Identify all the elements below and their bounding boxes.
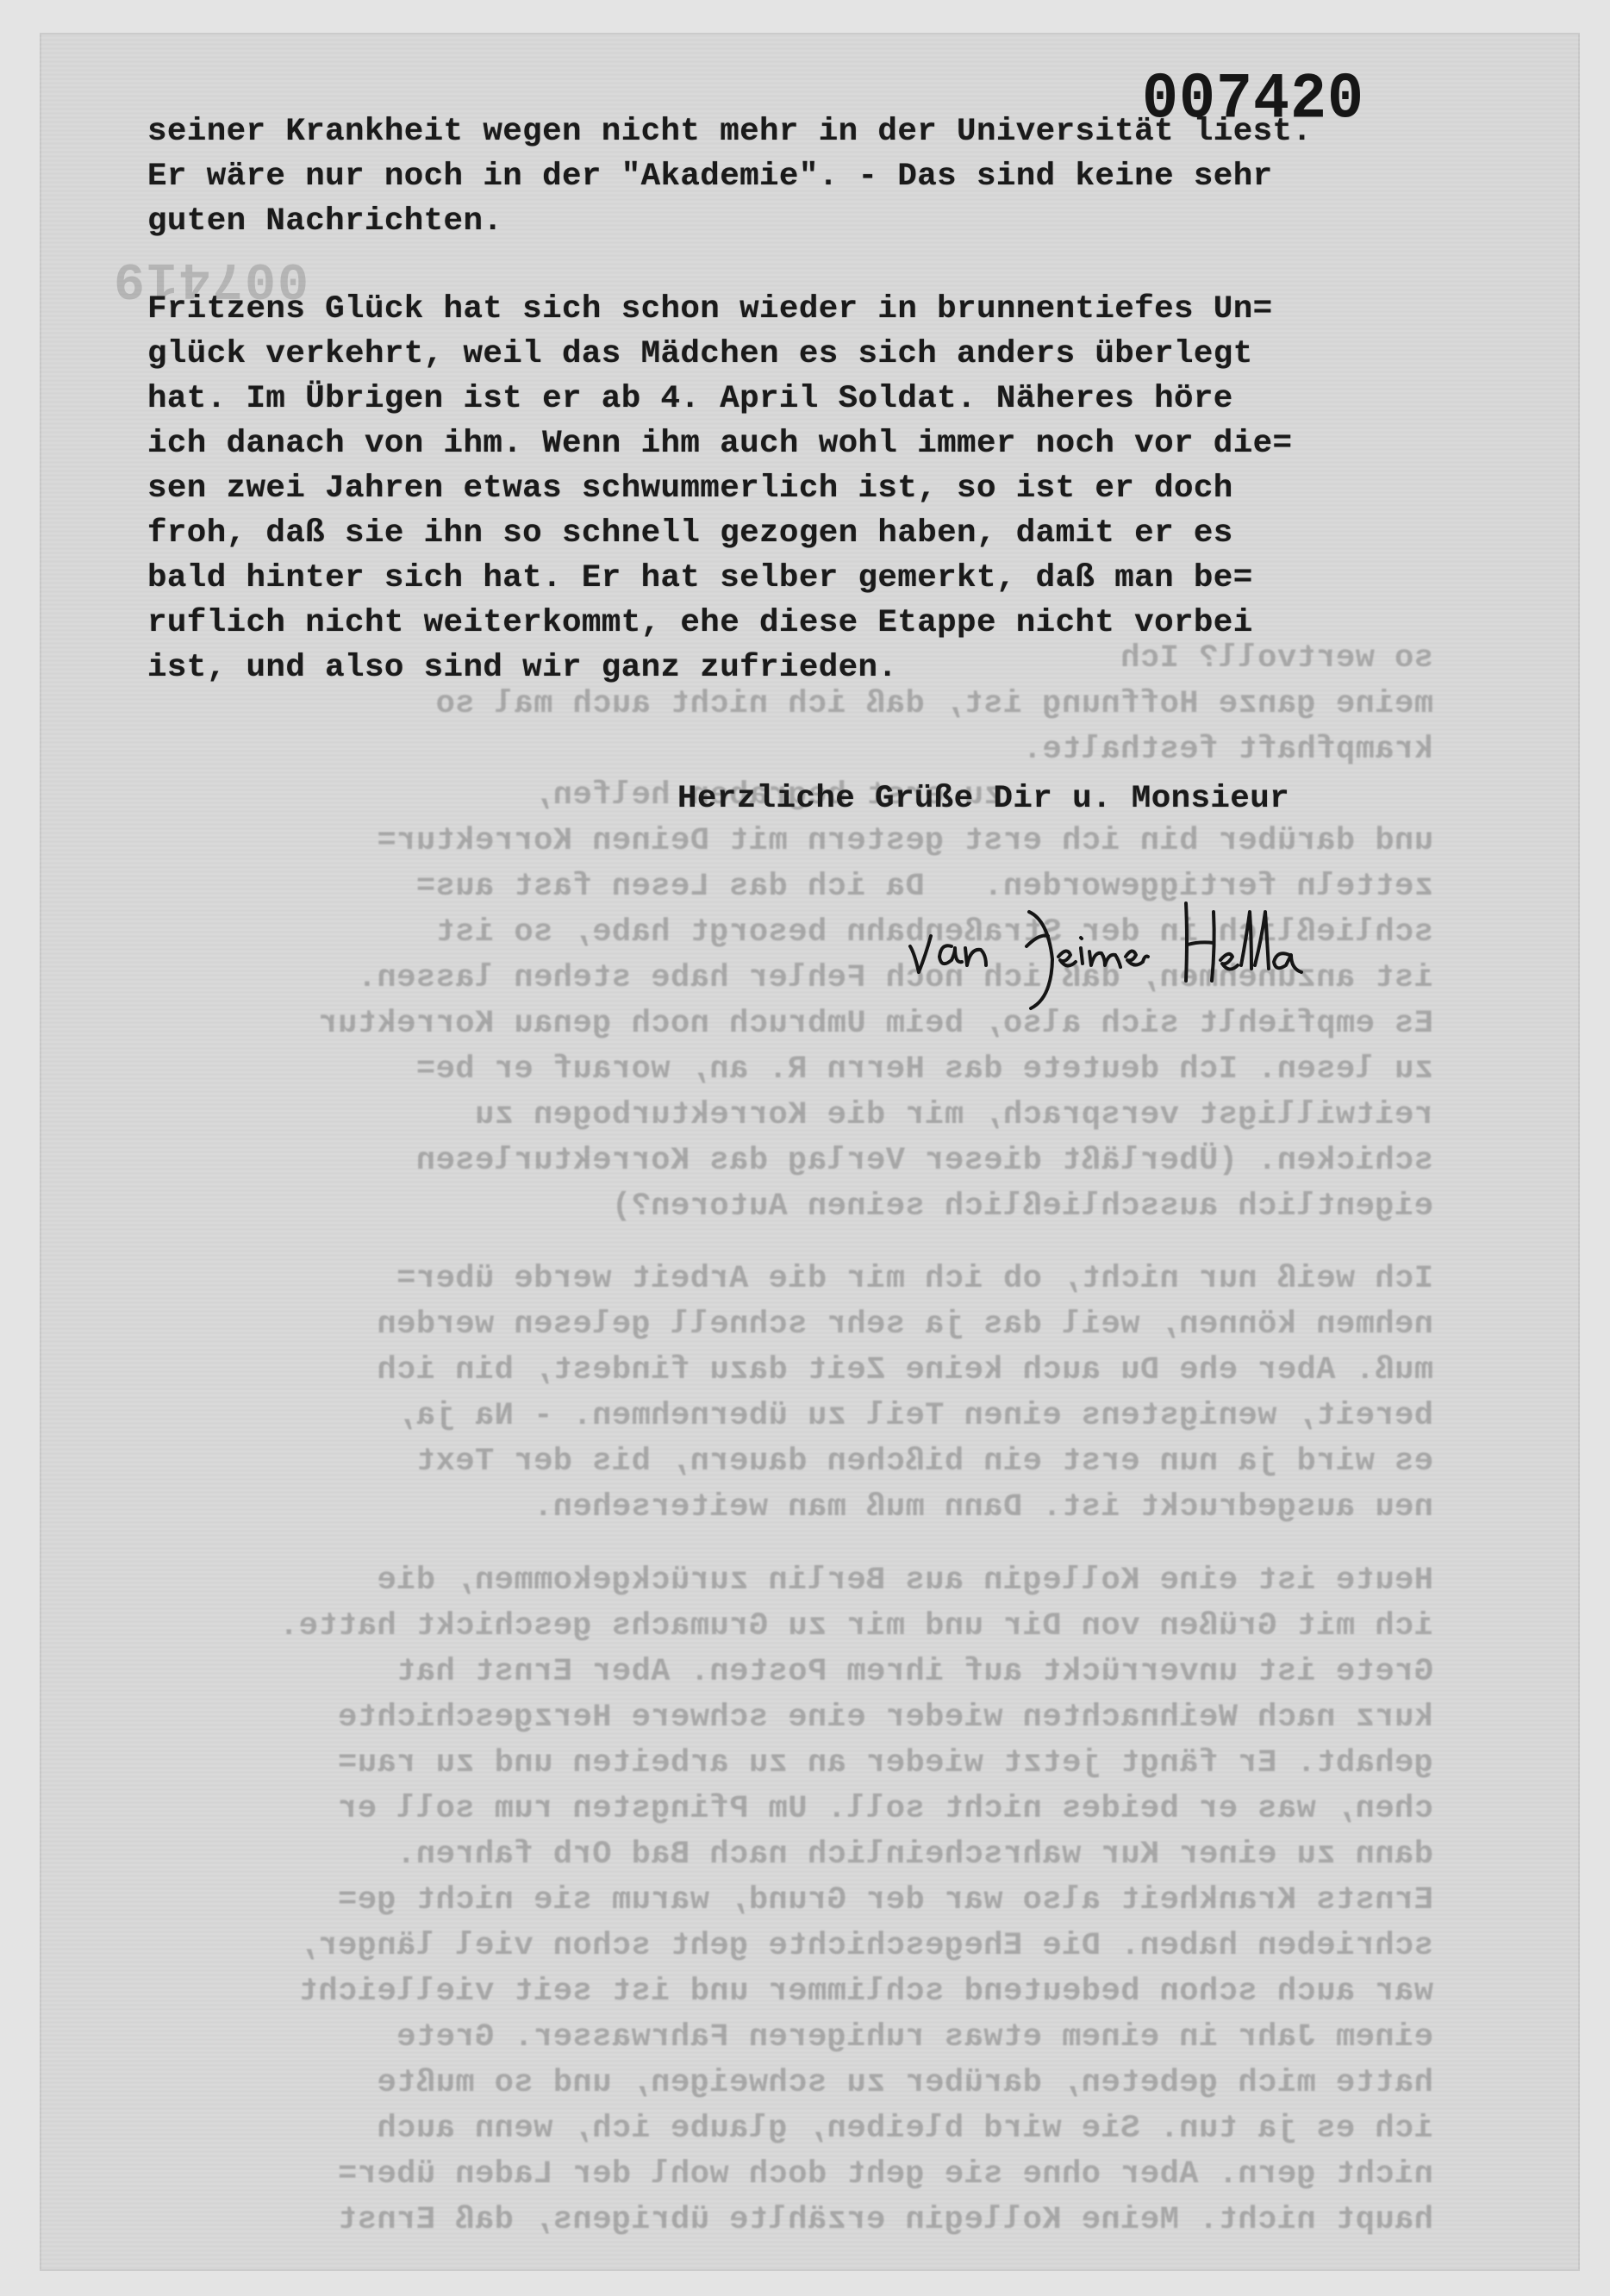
ghost-line: Grete ist unverrückt auf ihrem Posten. A…: [396, 1654, 1433, 1690]
ghost-line: hatte mich gebeten, darüber zu schweigen…: [377, 2065, 1433, 2101]
ghost-line: kurz nach Weihnachten wieder eine schwer…: [338, 1700, 1433, 1736]
ghost-line: haupt nicht. Meine Kollegin erzählte übr…: [338, 2202, 1433, 2238]
text-line: Er wäre nur noch in der "Akademie". - Da…: [147, 159, 1273, 195]
ghost-line: schrieben haben. Die Ehegeschichte geht …: [298, 1928, 1433, 1964]
ghost-line: meine ganze Hoffnung ist, daß ich nicht …: [435, 686, 1433, 722]
closing-greeting: Herzliche Grüße Dir u. Monsieur: [677, 781, 1289, 817]
ghost-line: einem Jahr in einem etwas ruhigeren Fahr…: [396, 2019, 1433, 2056]
ghost-line: chen, was er beides nicht soll. Um Pfing…: [338, 1791, 1433, 1827]
ghost-line: war auch schon bedeutend schlimmer und i…: [298, 1974, 1433, 2010]
ghost-line: Ernsts Krankheit also war der Grund, war…: [338, 1882, 1433, 1919]
ghost-line: neu ausgedruckt ist. Dann muß man weiter…: [534, 1489, 1433, 1525]
ghost-line: Heute ist eine Kollegin aus Berlin zurüc…: [377, 1563, 1433, 1599]
text-line: ruflich nicht weiterkommt, ehe diese Eta…: [147, 605, 1253, 641]
ghost-line: und darüber bin ich erst gestern mit Dei…: [377, 823, 1433, 859]
text-line: seiner Krankheit wegen nicht mehr in der…: [147, 114, 1312, 150]
handwritten-signature: von Deiner Hella: [876, 886, 1324, 1015]
ghost-line: reitwilligst versprach, mir die Korrektu…: [475, 1097, 1433, 1133]
text-line: froh, daß sie ihn so schnell gezogen hab…: [147, 515, 1233, 552]
text-line: guten Nachrichten.: [147, 203, 502, 240]
ghost-line: bereit, wenigstens einen Teil zu überneh…: [396, 1398, 1433, 1434]
ghost-line: ich mit Grüßen von Dir und mir zu Grumac…: [278, 1608, 1433, 1644]
text-line: Fritzens Glück hat sich schon wieder in …: [147, 291, 1273, 328]
ghost-line: schicken. (Überläßt dieser Verlag das Ko…: [415, 1143, 1433, 1179]
ghost-line: zu lesen. Ich deutete das Herrn R. an, w…: [415, 1051, 1433, 1088]
ghost-line: nehmen können, weil das ja sehr schnell …: [377, 1307, 1433, 1343]
text-line: ich danach von ihm. Wenn ihm auch wohl i…: [147, 426, 1292, 462]
ghost-line: dann zu einer Kur wahrscheinlich nach Ba…: [396, 1837, 1433, 1873]
text-line: ist, und also sind wir ganz zufrieden.: [147, 650, 897, 686]
ghost-line: krampfhaft festhalte.: [1022, 732, 1433, 768]
letter-page: 007419 so wertvoll? Ich meine ganze Hoff…: [40, 33, 1580, 2271]
ghost-line: es wird ja nun erst ein bißchen dauern, …: [415, 1444, 1433, 1480]
text-line: glück verkehrt, weil das Mädchen es sich…: [147, 336, 1253, 372]
ghost-line: Ich weiß nur nicht, ob ich mir die Arbei…: [396, 1261, 1433, 1297]
ghost-line: muß. Aber ehe Du auch keine Zeit dazu fi…: [377, 1352, 1433, 1388]
signature-strokes-icon: [876, 886, 1324, 1015]
ghost-line: nicht gern. Aber ohne sie geht doch wohl…: [338, 2156, 1433, 2193]
ghost-line: so wertvoll? Ich: [1120, 640, 1433, 677]
text-line: sen zwei Jahren etwas schwummerlich ist,…: [147, 471, 1233, 507]
text-line: hat. Im Übrigen ist er ab 4. April Solda…: [147, 381, 1233, 417]
ghost-line: ich es ja tun. Sie wird bleiben, glaube …: [377, 2111, 1433, 2147]
ghost-line: gehabt. Er fängt jetzt wieder an zu arbe…: [338, 1745, 1433, 1781]
ghost-line: eigentlich ausschließlich seinen Autoren…: [611, 1189, 1433, 1225]
text-line: bald hinter sich hat. Er hat selber geme…: [147, 560, 1253, 596]
